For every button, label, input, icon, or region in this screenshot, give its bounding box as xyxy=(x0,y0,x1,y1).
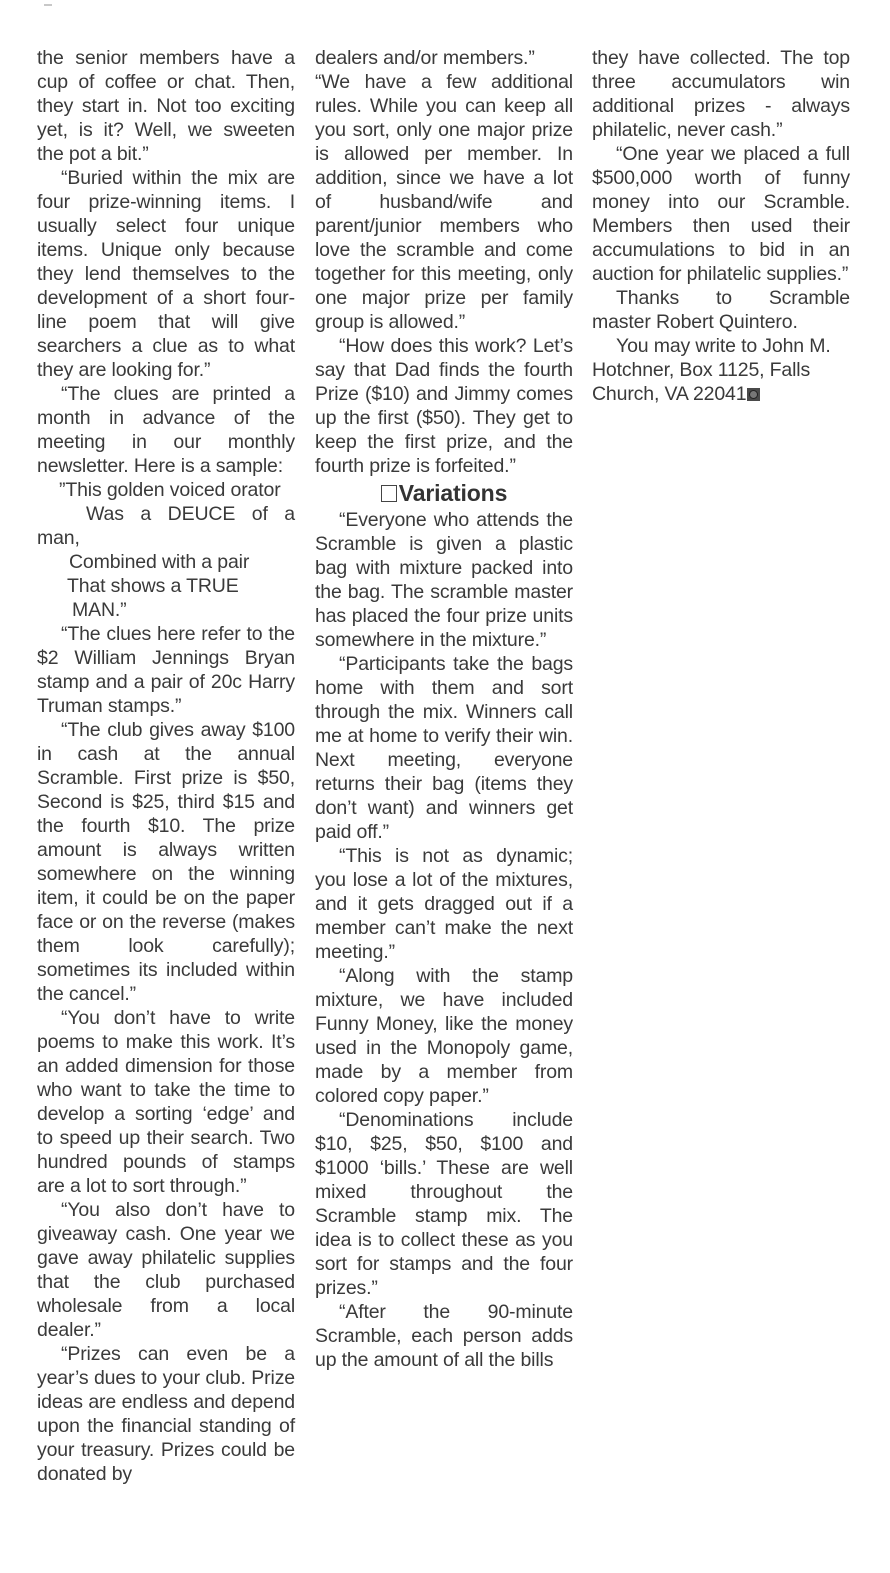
open-square-bullet-icon xyxy=(381,485,397,502)
paragraph: Thanks to Scramble master Robert Quinter… xyxy=(592,286,850,334)
author-address: You may write to John M. Hotchner, Box 1… xyxy=(592,335,831,405)
paragraph: “After the 90-minute Scramble, each pers… xyxy=(315,1300,573,1372)
poem-line: MAN.” xyxy=(37,598,295,622)
poem-line: ”This golden voiced orator xyxy=(37,478,295,502)
paragraph: “The clues here refer to the $2 William … xyxy=(37,622,295,718)
poem-line: man, xyxy=(37,526,295,550)
end-of-article-mark-icon xyxy=(747,388,760,401)
paragraph: the senior members have a cup of coffee … xyxy=(37,46,295,166)
poem-line: That shows a TRUE xyxy=(37,574,295,598)
paragraph: “You also don’t have to giveaway cash. O… xyxy=(37,1198,295,1342)
paragraph: “Along with the stamp mixture, we have i… xyxy=(315,964,573,1108)
poem-block: ”This golden voiced orator Was a DEUCE o… xyxy=(37,478,295,622)
paragraph: they have collected. The top three accum… xyxy=(592,46,850,142)
paragraph: dealers and/or members.” xyxy=(315,46,573,70)
subhead-label: Variations xyxy=(399,480,507,506)
poem-line: Combined with a pair xyxy=(37,550,295,574)
paragraph: “Denominations include $10, $25, $50, $1… xyxy=(315,1108,573,1300)
closing-paragraph: You may write to John M. Hotchner, Box 1… xyxy=(592,334,850,406)
poem-line: Was a DEUCE of a xyxy=(37,502,295,526)
paragraph: “Prizes can even be a year’s dues to you… xyxy=(37,1342,295,1486)
paragraph: “Everyone who attends the Scramble is gi… xyxy=(315,508,573,652)
scan-artifact-mark xyxy=(44,4,52,6)
paragraph: “The club gives away $100 in cash at the… xyxy=(37,718,295,1006)
article-column-1: the senior members have a cup of coffee … xyxy=(37,46,295,1486)
paragraph: “One year we placed a full $500,000 wort… xyxy=(592,142,850,286)
section-subhead: Variations xyxy=(315,480,573,506)
article-column-2: dealers and/or members.” “We have a few … xyxy=(315,46,573,1372)
article-column-3: they have collected. The top three accum… xyxy=(592,46,850,406)
paragraph: “Buried within the mix are four prize-wi… xyxy=(37,166,295,382)
paragraph: “We have a few additional rules. While y… xyxy=(315,70,573,334)
paragraph: “This is not as dynamic; you lose a lot … xyxy=(315,844,573,964)
paragraph: “You don’t have to write poems to make t… xyxy=(37,1006,295,1198)
paragraph: “Participants take the bags home with th… xyxy=(315,652,573,844)
paragraph: “The clues are printed a month in advanc… xyxy=(37,382,295,478)
paragraph: “How does this work? Let’s say that Dad … xyxy=(315,334,573,478)
